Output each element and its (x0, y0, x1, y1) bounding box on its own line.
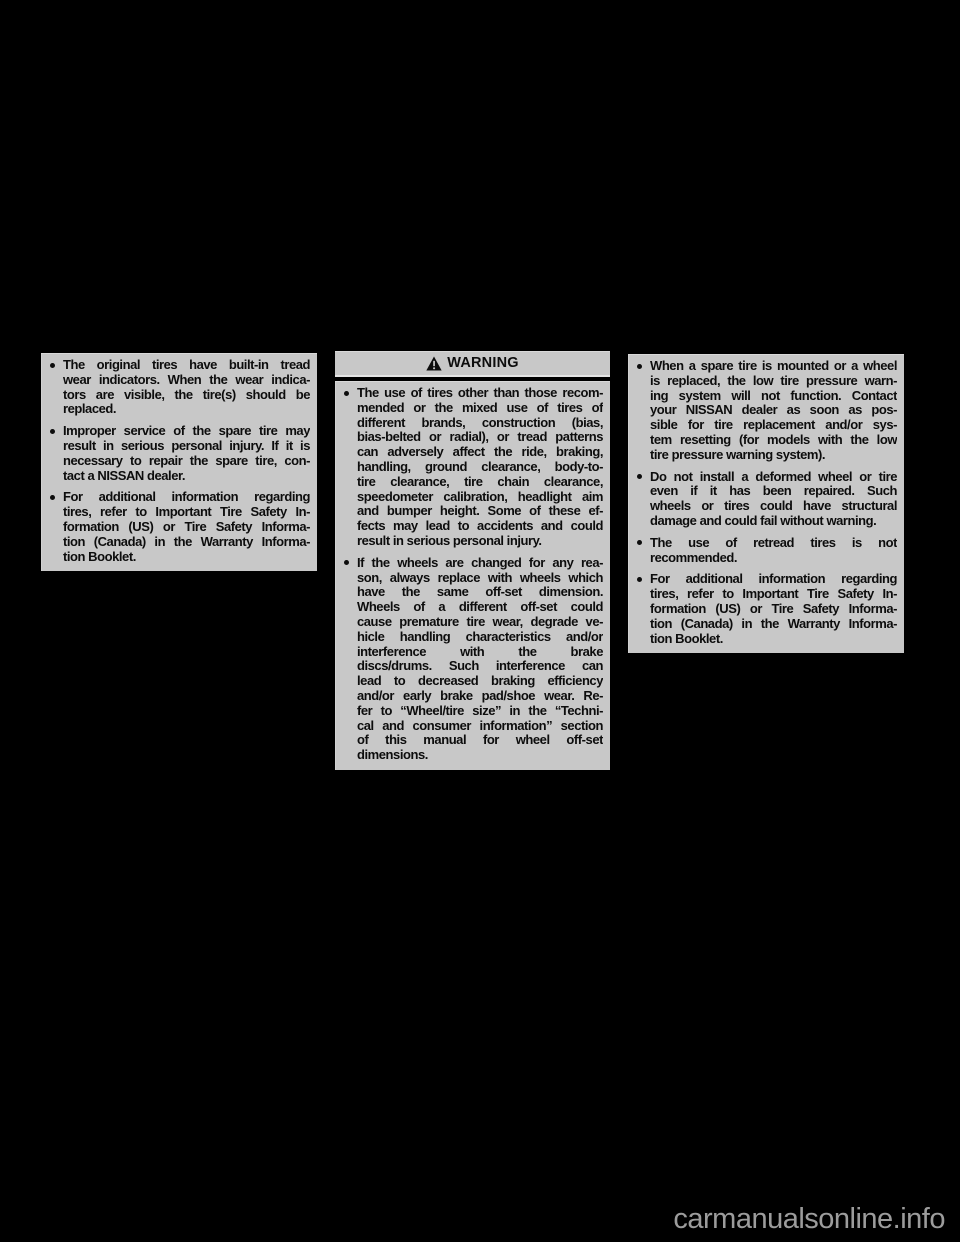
bullet-item: Improper service of the spare tire mayre… (49, 424, 310, 483)
watermark: carmanualsonline.info (673, 1203, 945, 1236)
text-line: cause premature tire wear, degrade ve- (357, 615, 603, 630)
text-line: different brands, construction (bias, (357, 416, 603, 431)
text-line: tors are visible, the tire(s) should be (63, 388, 310, 403)
text-line: When a spare tire is mounted or a wheel (650, 359, 897, 374)
text-line: For additional information regarding (650, 572, 897, 587)
text-line: wear indicators. When the wear indica- (63, 373, 310, 388)
text-line: If the wheels are changed for any rea- (357, 556, 603, 571)
text-line: dimensions. (357, 748, 603, 763)
text-line: hicle handling characteristics and/or (357, 630, 603, 645)
bullet-item: Do not install a deformed wheel or tiree… (636, 470, 897, 529)
bullet-item: The use of retread tires is notrecommend… (636, 536, 897, 566)
text-line: handling, ground clearance, body-to- (357, 460, 603, 475)
text-line: tion (Canada) in the Warranty Informa- (63, 535, 310, 550)
text-line: is replaced, the low tire pressure warn- (650, 374, 897, 389)
text-line: necessary to repair the spare tire, con- (63, 454, 310, 469)
text-line: The use of tires other than those recom- (357, 386, 603, 401)
wheel-replacement-note-box: When a spare tire is mounted or a wheeli… (628, 354, 904, 653)
text-line: even if it has been repaired. Such (650, 484, 897, 499)
bullet-item: If the wheels are changed for any rea-so… (343, 556, 603, 763)
text-line: sible for tire replacement and/or sys- (650, 418, 897, 433)
text-line: tion Booklet. (650, 632, 897, 647)
text-line: result in serious personal injury. If it… (63, 439, 310, 454)
text-line: recommended. (650, 551, 897, 566)
bullet-icon (637, 474, 642, 479)
text-line: discs/drums. Such interference can (357, 659, 603, 674)
text-line: tion (Canada) in the Warranty Informa- (650, 617, 897, 632)
text-line: fer to “Wheel/tire size” in the “Techni- (357, 704, 603, 719)
text-line: bias-belted or radial), or tread pattern… (357, 430, 603, 445)
note-box-content: When a spare tire is mounted or a wheeli… (628, 354, 904, 653)
text-line: son, always replace with wheels which (357, 571, 603, 586)
text-line: tem resetting (for models with the low (650, 433, 897, 448)
text-line: of this manual for wheel off-set (357, 733, 603, 748)
text-line: formation (US) or Tire Safety Informa- (63, 520, 310, 535)
text-line: wheels or tires could have structural (650, 499, 897, 514)
text-line: replaced. (63, 402, 310, 417)
tire-wear-note-box: The original tires have built-in treadwe… (41, 353, 317, 571)
warning-box-content: The use of tires other than those recom-… (335, 381, 610, 770)
bullet-icon (637, 540, 642, 545)
bullet-item: The use of tires other than those recom-… (343, 386, 603, 549)
bullet-icon (50, 495, 55, 500)
bullet-icon (344, 560, 349, 565)
text-line: lead to decreased braking efficiency (357, 674, 603, 689)
text-line: tact a NISSAN dealer. (63, 469, 310, 484)
text-line: Improper service of the spare tire may (63, 424, 310, 439)
text-line: ing system will not function. Contact (650, 389, 897, 404)
text-line: fects may lead to accidents and could (357, 519, 603, 534)
text-line: can adversely affect the ride, braking, (357, 445, 603, 460)
text-line: speedometer calibration, headlight aim (357, 490, 603, 505)
text-line: The original tires have built-in tread (63, 358, 310, 373)
warning-box: WARNING The use of tires other than thos… (335, 351, 610, 770)
text-line: tion Booklet. (63, 550, 310, 565)
text-line: For additional information regarding (63, 490, 310, 505)
manual-page: The original tires have built-in treadwe… (0, 0, 960, 1242)
warning-header: WARNING (335, 351, 610, 377)
text-line: formation (US) or Tire Safety Informa- (650, 602, 897, 617)
text-line: tire clearance, tire chain clearance, (357, 475, 603, 490)
bullet-item: For additional information regardingtire… (636, 572, 897, 646)
bullet-icon (637, 577, 642, 582)
text-line: and bumper height. Some of these ef- (357, 504, 603, 519)
bullet-item: For additional information regardingtire… (49, 490, 310, 564)
bullet-item: When a spare tire is mounted or a wheeli… (636, 359, 897, 463)
text-line: The use of retread tires is not (650, 536, 897, 551)
warning-title: WARNING (447, 355, 518, 371)
text-line: cal and consumer information” section (357, 719, 603, 734)
text-line: interference with the brake (357, 645, 603, 660)
text-line: result in serious personal injury. (357, 534, 603, 549)
bullet-icon (344, 391, 349, 396)
text-line: Do not install a deformed wheel or tire (650, 470, 897, 485)
text-line: mended or the mixed use of tires of (357, 401, 603, 416)
text-line: Wheels of a different off-set could (357, 600, 603, 615)
text-line: tires, refer to Important Tire Safety In… (63, 505, 310, 520)
warning-triangle-icon (426, 356, 442, 371)
note-box-content: The original tires have built-in treadwe… (41, 353, 317, 571)
text-line: have the same off-set dimension. (357, 585, 603, 600)
bullet-item: The original tires have built-in treadwe… (49, 358, 310, 417)
text-line: your NISSAN dealer as soon as pos- (650, 403, 897, 418)
bullet-icon (637, 364, 642, 369)
bullet-icon (50, 429, 55, 434)
text-line: tires, refer to Important Tire Safety In… (650, 587, 897, 602)
text-line: tire pressure warning system). (650, 448, 897, 463)
text-line: and/or early brake pad/shoe wear. Re- (357, 689, 603, 704)
bullet-icon (50, 363, 55, 368)
text-line: damage and could fail without warning. (650, 514, 897, 529)
